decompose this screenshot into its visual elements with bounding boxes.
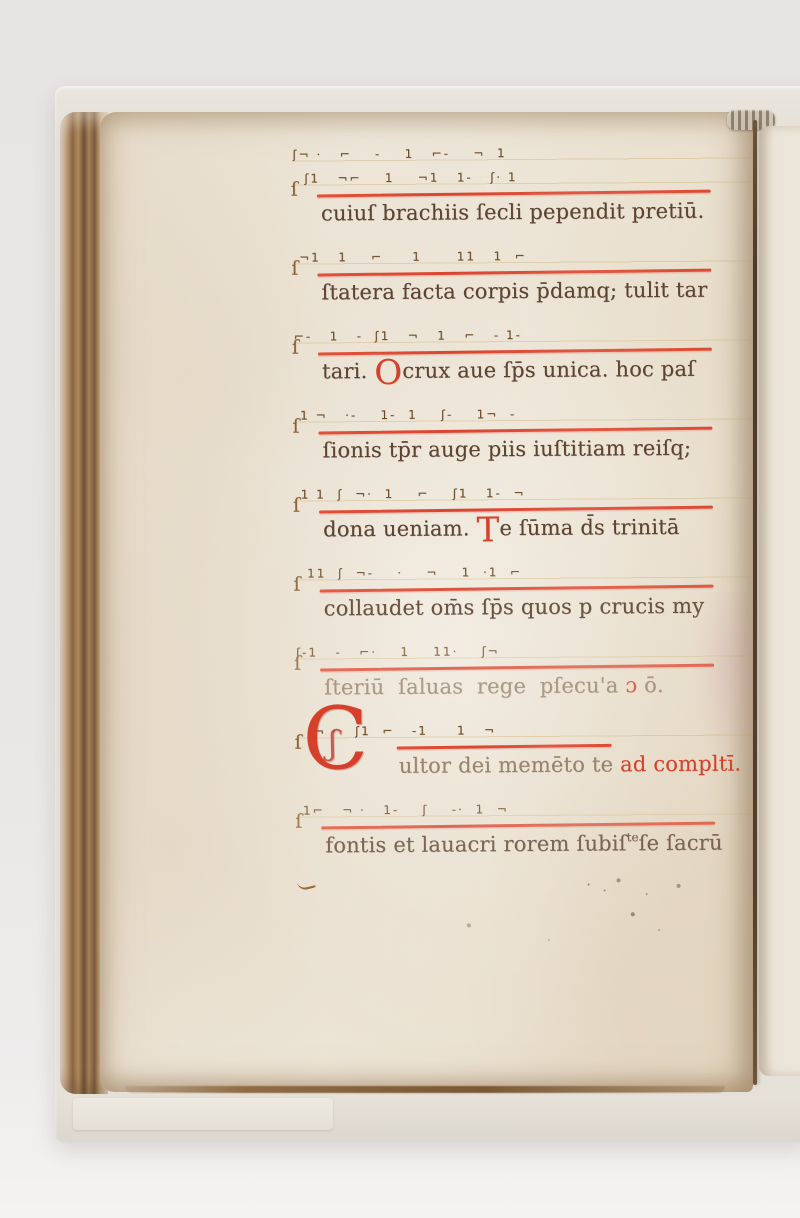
ink-text: dona ueniam. [323, 516, 477, 541]
margin-clef-mark: ſ [295, 811, 302, 833]
red-staff-line [397, 744, 612, 750]
ink-text: cuiuſ brachiis ſecli pependit pretiū. [321, 199, 705, 226]
book-gutter [753, 120, 757, 1085]
red-staff-line [321, 822, 715, 830]
ink-text: ſteriū ſaluas rege pſecu'a [324, 673, 625, 699]
manuscript-book: ʃ¬ · ⌐ - 1 ⌐- ¬ 1 ʃ1 ¬⌐ 1 ¬1 1- ʃ· 1ſcui… [55, 86, 800, 1142]
large-initial-capital: Cʃ [302, 696, 368, 782]
red-staff-line [318, 348, 712, 356]
facing-page-edge [759, 126, 800, 1076]
margin-clef-mark: ſ [294, 653, 301, 675]
text-line: collaudet om̄s ſp̄s quos p crucis my [296, 593, 754, 620]
red-staff-line [318, 427, 712, 435]
red-staff-line [317, 269, 711, 277]
ink-text: ſtatera facta corpis p̄damq; tulit tar [321, 278, 707, 305]
manuscript-line-3: ⌐- 1 - ʃ1 ¬ 1 ⌐ - 1-ſtari. Ocrux aue ſp̄… [294, 322, 753, 404]
margin-clef-mark: ſ [292, 416, 299, 438]
ink-speck-cluster [588, 884, 590, 886]
manuscript-line-2: ¬1 1 ⌐ 1 11 1 ⌐ſſtatera facta corpis p̄d… [293, 243, 752, 325]
red-staff-line [320, 585, 714, 593]
ink-text: e ſūma d̄s trinitā [499, 515, 679, 540]
red-staff-line [317, 190, 711, 198]
margin-clef-mark: ſ [293, 495, 300, 517]
manuscript-line-9: 1⌐ ¬ · 1- ʃ -· 1 ¬ſfontis et lauacri ror… [297, 796, 756, 878]
rubric-text: O [374, 353, 402, 393]
neume-row-top: ʃ¬ · ⌐ - 1 ⌐- ¬ 1 [292, 140, 750, 167]
ink-text: fontis et lauacri rorem ſubiſ [325, 831, 626, 857]
manuscript-line-8: Cʃ ¬ · ʃ1 ⌐ -1 1 ¬ſultor dei memēto te a… [296, 717, 755, 799]
manuscript-line-1: ʃ1 ¬⌐ 1 ¬1 1- ʃ· 1ſcuiuſ brachiis ſecli … [293, 164, 752, 246]
neume-row: ʃ1 ¬⌐ 1 ¬1 1- ʃ· 1 [293, 164, 751, 191]
book-cover-bottom-lip [73, 1098, 333, 1130]
red-staff-line [319, 506, 713, 514]
ink-text: ultor dei memēto te [399, 752, 620, 778]
ink-text: ſe ſacrū [639, 831, 723, 856]
text-line: cuiuſ brachiis ſecli pependit pretiū. [293, 198, 751, 225]
text-line: dona ueniam. Te ſūma d̄s trinitā [295, 514, 753, 542]
rubric-text: T [476, 510, 499, 550]
manuscript-line-6: 11 ʃ ¬- · ¬ 1 ·1 ⌐ſcollaudet om̄s ſp̄s q… [295, 559, 754, 641]
margin-clef-mark: ſ [293, 574, 300, 596]
margin-clef-mark: ſ [292, 337, 299, 359]
neume-row: 1 1 ʃ ¬· 1 ⌐ ʃ1 1- ¬ [295, 480, 753, 507]
manuscript-line-4: 1 ¬ ·- 1- 1 ʃ- 1¬ -ſſionis tp̄r auge pii… [294, 401, 753, 483]
neume-row: 1⌐ ¬ · 1- ʃ -· 1 ¬ [297, 796, 755, 823]
ink-text: crux aue ſp̄s unica. hoc paſ [402, 357, 695, 383]
initial-flourish-icon: ʃ [326, 726, 340, 761]
neume-row: 1 ¬ ·- 1- 1 ʃ- 1¬ - [294, 401, 752, 428]
red-staff-line [320, 664, 714, 672]
manuscript-line-5: 1 1 ʃ ¬· 1 ⌐ ʃ1 1- ¬ſdona ueniam. Te ſūm… [295, 480, 754, 562]
neume-row: ¬1 1 ⌐ 1 11 1 ⌐ [293, 243, 751, 270]
text-line: ſionis tp̄r auge piis iuſtitiam reiſq; [294, 435, 752, 462]
neume-row: ⌐- 1 - ʃ1 ¬ 1 ⌐ - 1- [294, 322, 752, 349]
margin-clef-mark: ſ [291, 258, 298, 280]
ink-text: ſionis tp̄r auge piis iuſtitiam reiſq; [322, 436, 691, 463]
ink-text: ō. [637, 673, 664, 697]
rubric-text: ɔ [625, 673, 637, 697]
ink-text: te [627, 830, 639, 844]
neume-row: ʃ-1 - ⌐· 1 11· ʃ¬ [296, 638, 754, 665]
manuscript-page: ʃ¬ · ⌐ - 1 ⌐- ¬ 1 ʃ1 ¬⌐ 1 ¬1 1- ʃ· 1ſcui… [100, 112, 753, 1092]
text-line: ſtatera facta corpis p̄damq; tulit tar [293, 277, 751, 304]
rubric-text: ad compltī. [620, 751, 741, 776]
text-line: tari. Ocrux aue ſp̄s unica. hoc paſ [294, 356, 752, 384]
page-bottom-edge [125, 1086, 725, 1093]
neume-row: 11 ʃ ¬- · ¬ 1 ·1 ⌐ [295, 559, 753, 586]
margin-clef-mark: ſ [295, 732, 302, 754]
custos-hook-icon [297, 877, 316, 892]
margin-clef-mark: ſ [291, 179, 298, 201]
text-line: fontis et lauacri rorem ſubiſteſe ſacrū [297, 830, 755, 857]
ink-text: collaudet om̄s ſp̄s quos p crucis my [324, 594, 705, 621]
ink-text: tari. [322, 359, 374, 383]
content-block: ʃ¬ · ⌐ - 1 ⌐- ¬ 1 ʃ1 ¬⌐ 1 ¬1 1- ʃ· 1ſcui… [292, 140, 755, 878]
